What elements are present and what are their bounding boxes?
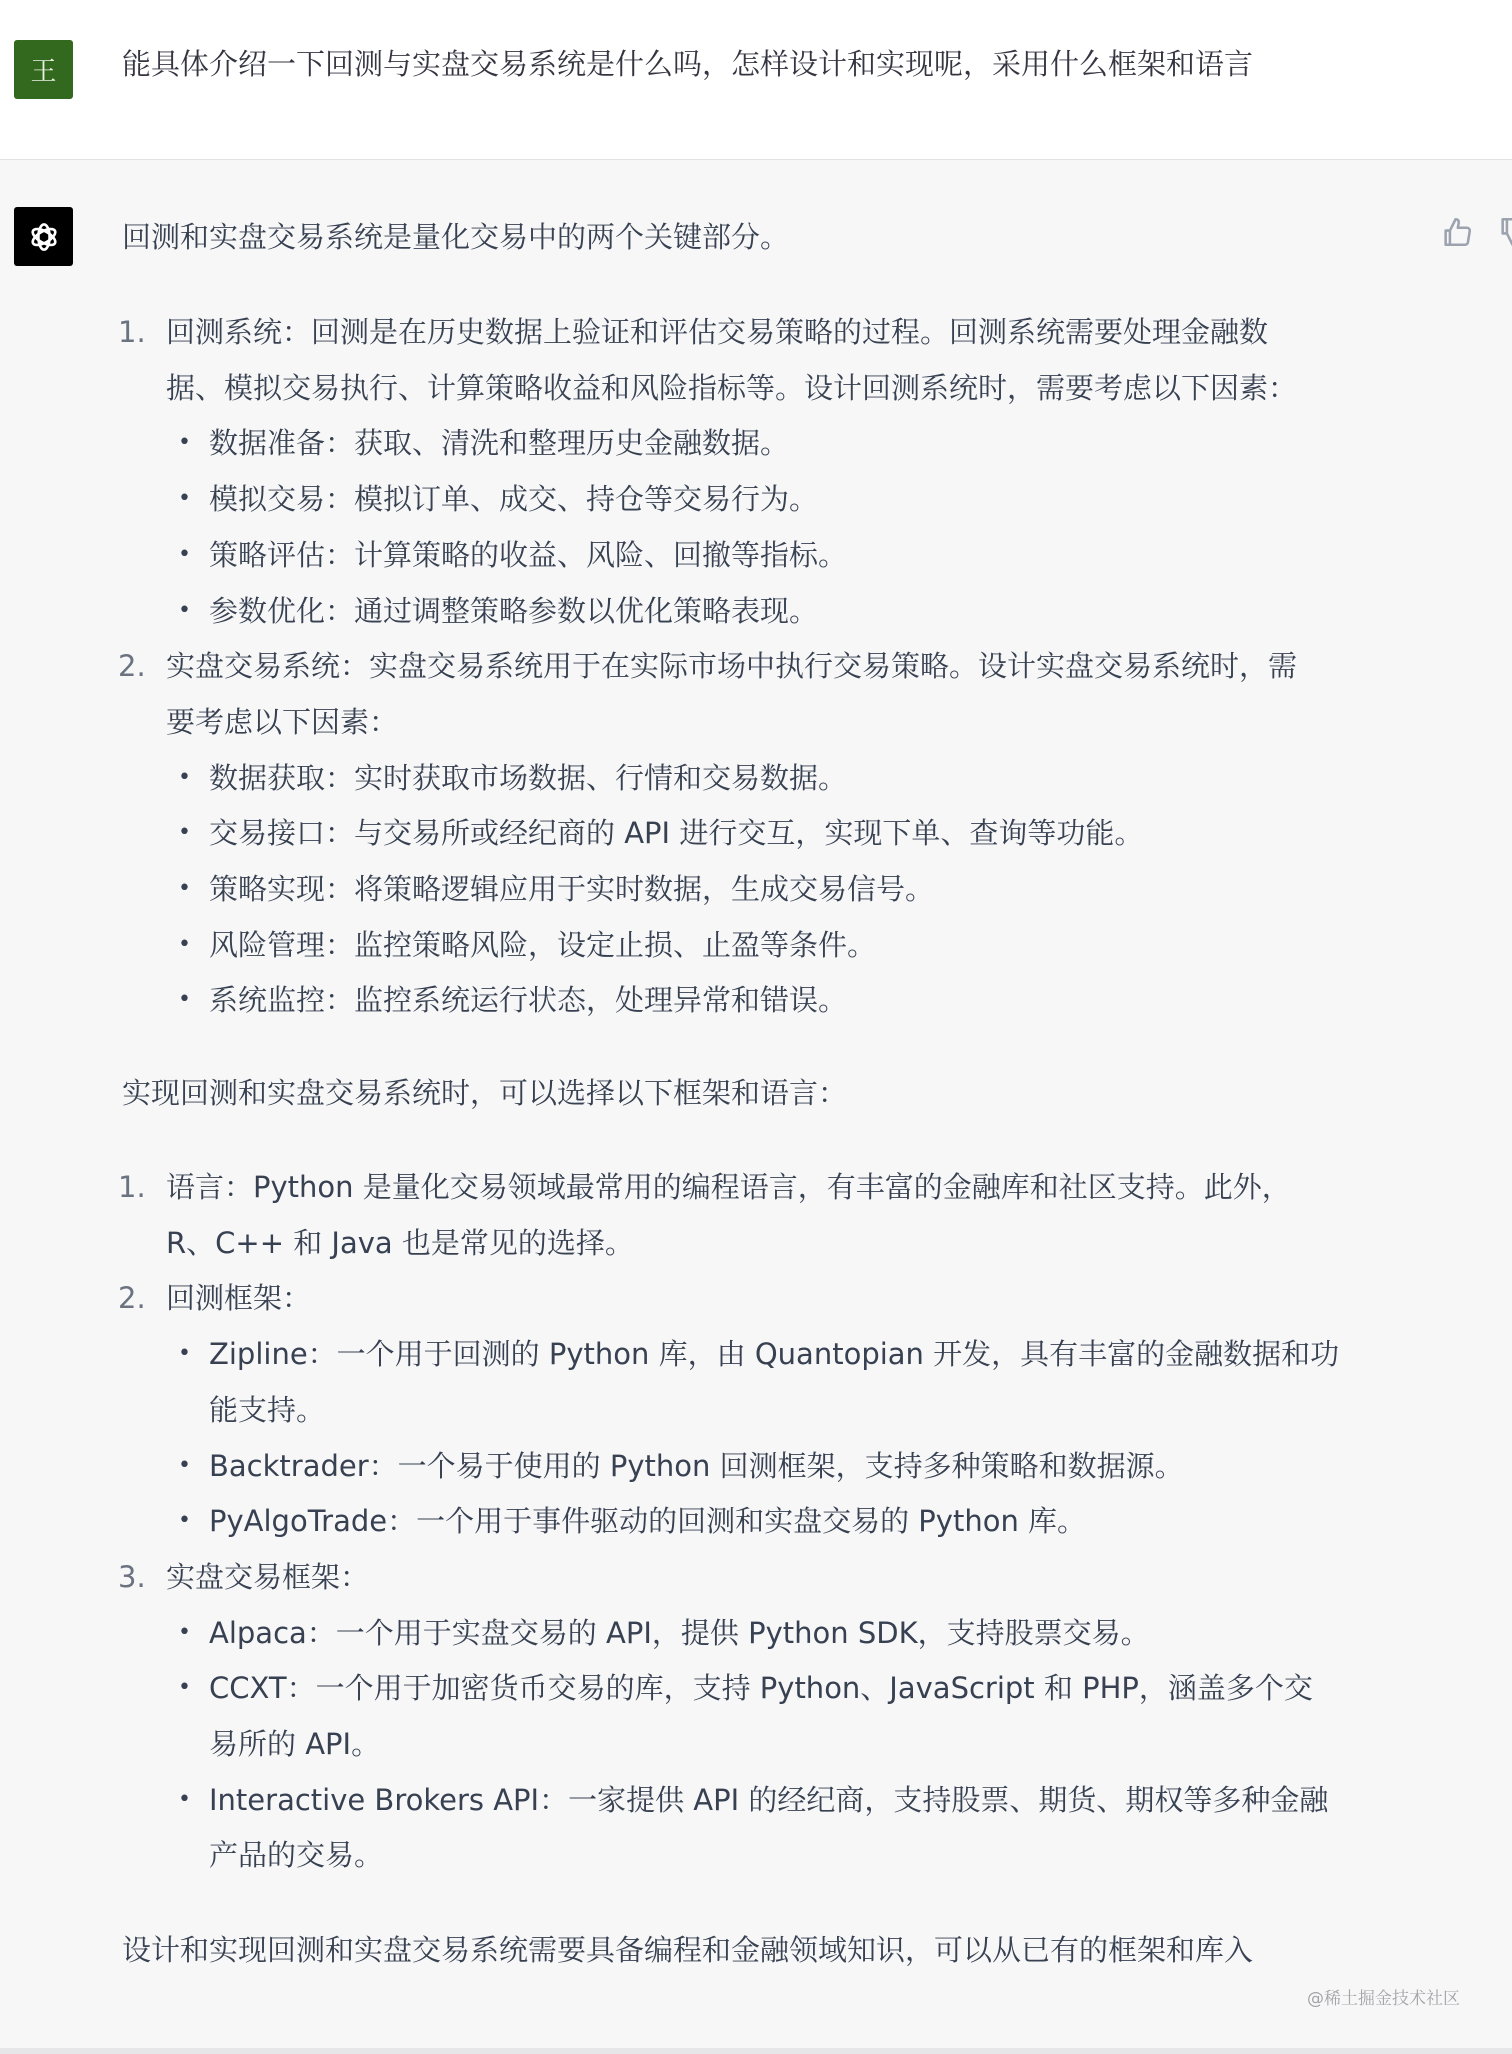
thumbs-down-icon xyxy=(1497,214,1512,250)
openai-logo-icon xyxy=(23,216,65,258)
list-number: 1. xyxy=(118,1159,146,1215)
list-item-text: 实盘交易系统：实盘交易系统用于在实际市场中执行交易策略。设计实盘交易系统时，需 xyxy=(166,638,1297,694)
list-item-text: Alpaca：一个用于实盘交易的 API，提供 Python SDK，支持股票交… xyxy=(209,1605,1150,1661)
bullet-icon: • xyxy=(178,1326,191,1382)
bullet-icon: • xyxy=(178,1605,191,1661)
bullet-icon: • xyxy=(178,805,191,861)
list-item-text: 系统监控：监控系统运行状态，处理异常和错误。 xyxy=(209,972,847,1028)
user-message-text: 能具体介绍一下回测与实盘交易系统是什么吗，怎样设计和实现呢，采用什么框架和语言 xyxy=(122,42,1253,86)
list-item-text: 交易接口：与交易所或经纪商的 API 进行交互，实现下单、查询等功能。 xyxy=(209,805,1143,861)
thumbs-up-button[interactable] xyxy=(1440,214,1474,250)
list-item-text: Zipline：一个用于回测的 Python 库，由 Quantopian 开发… xyxy=(209,1326,1339,1382)
list-item-text: R、C++ 和 Java 也是常见的选择。 xyxy=(166,1215,634,1271)
list-item-text: 据、模拟交易执行、计算策略收益和风险指标等。设计回测系统时，需要考虑以下因素： xyxy=(166,360,1297,416)
bullet-icon: • xyxy=(178,972,191,1028)
thumbs-down-button[interactable] xyxy=(1497,214,1512,250)
list-item-text: 要考虑以下因素： xyxy=(166,694,398,750)
thumbs-up-icon xyxy=(1440,214,1474,250)
bullet-icon: • xyxy=(178,1493,191,1549)
list-item-text: 回测系统：回测是在历史数据上验证和评估交易策略的过程。回测系统需要处理金融数 xyxy=(166,304,1268,360)
list-number: 2. xyxy=(118,638,146,694)
list-item-text: 模拟交易：模拟订单、成交、持仓等交易行为。 xyxy=(209,471,818,527)
list-item-text: 参数优化：通过调整策略参数以优化策略表现。 xyxy=(209,583,818,639)
closing-paragraph: 设计和实现回测和实盘交易系统需要具备编程和金融领域知识，可以从已有的框架和库入 xyxy=(122,1922,1253,1978)
bullet-icon: • xyxy=(178,1660,191,1716)
list-item-text: 产品的交易。 xyxy=(209,1827,383,1883)
watermark: @稀土掘金技术社区 xyxy=(1307,1988,1460,2010)
list-number: 3. xyxy=(118,1549,146,1605)
bullet-icon: • xyxy=(178,917,191,973)
bullet-icon: • xyxy=(178,1438,191,1494)
list-item-text: 数据准备：获取、清洗和整理历史金融数据。 xyxy=(209,415,789,471)
assistant-intro: 回测和实盘交易系统是量化交易中的两个关键部分。 xyxy=(122,209,789,265)
list-item-text: 实盘交易框架： xyxy=(166,1549,369,1605)
user-message-row: 王 能具体介绍一下回测与实盘交易系统是什么吗，怎样设计和实现呢，采用什么框架和语… xyxy=(0,0,1512,160)
list-item-text: 数据获取：实时获取市场数据、行情和交易数据。 xyxy=(209,750,847,806)
list-number: 2. xyxy=(118,1270,146,1326)
list-item-text: CCXT：一个用于加密货币交易的库，支持 Python、JavaScript 和… xyxy=(209,1660,1313,1716)
frameworks-intro: 实现回测和实盘交易系统时，可以选择以下框架和语言： xyxy=(122,1065,847,1121)
bullet-icon: • xyxy=(178,583,191,639)
list-item-text: Backtrader：一个易于使用的 Python 回测框架，支持多种策略和数据… xyxy=(209,1438,1184,1494)
list-item-text: Interactive Brokers API：一家提供 API 的经纪商，支持… xyxy=(209,1772,1328,1828)
list-item-text: 能支持。 xyxy=(209,1382,325,1438)
list-item-text: 策略实现：将策略逻辑应用于实时数据，生成交易信号。 xyxy=(209,861,934,917)
user-avatar: 王 xyxy=(14,40,73,99)
bullet-icon: • xyxy=(178,1772,191,1828)
list-item-text: 策略评估：计算策略的收益、风险、回撤等指标。 xyxy=(209,527,847,583)
list-item-text: 风险管理：监控策略风险，设定止损、止盈等条件。 xyxy=(209,917,876,973)
list-item-text: 易所的 API。 xyxy=(209,1716,380,1772)
bullet-icon: • xyxy=(178,750,191,806)
bullet-icon: • xyxy=(178,415,191,471)
list-item-text: 回测框架： xyxy=(166,1270,311,1326)
list-number: 1. xyxy=(118,304,146,360)
user-avatar-initial: 王 xyxy=(30,51,56,88)
list-item-text: PyAlgoTrade：一个用于事件驱动的回测和实盘交易的 Python 库。 xyxy=(209,1493,1086,1549)
bullet-icon: • xyxy=(178,527,191,583)
bullet-icon: • xyxy=(178,471,191,527)
bullet-icon: • xyxy=(178,861,191,917)
list-item-text: 语言：Python 是量化交易领域最常用的编程语言，有丰富的金融库和社区支持。此… xyxy=(166,1159,1291,1215)
assistant-avatar xyxy=(14,207,73,266)
